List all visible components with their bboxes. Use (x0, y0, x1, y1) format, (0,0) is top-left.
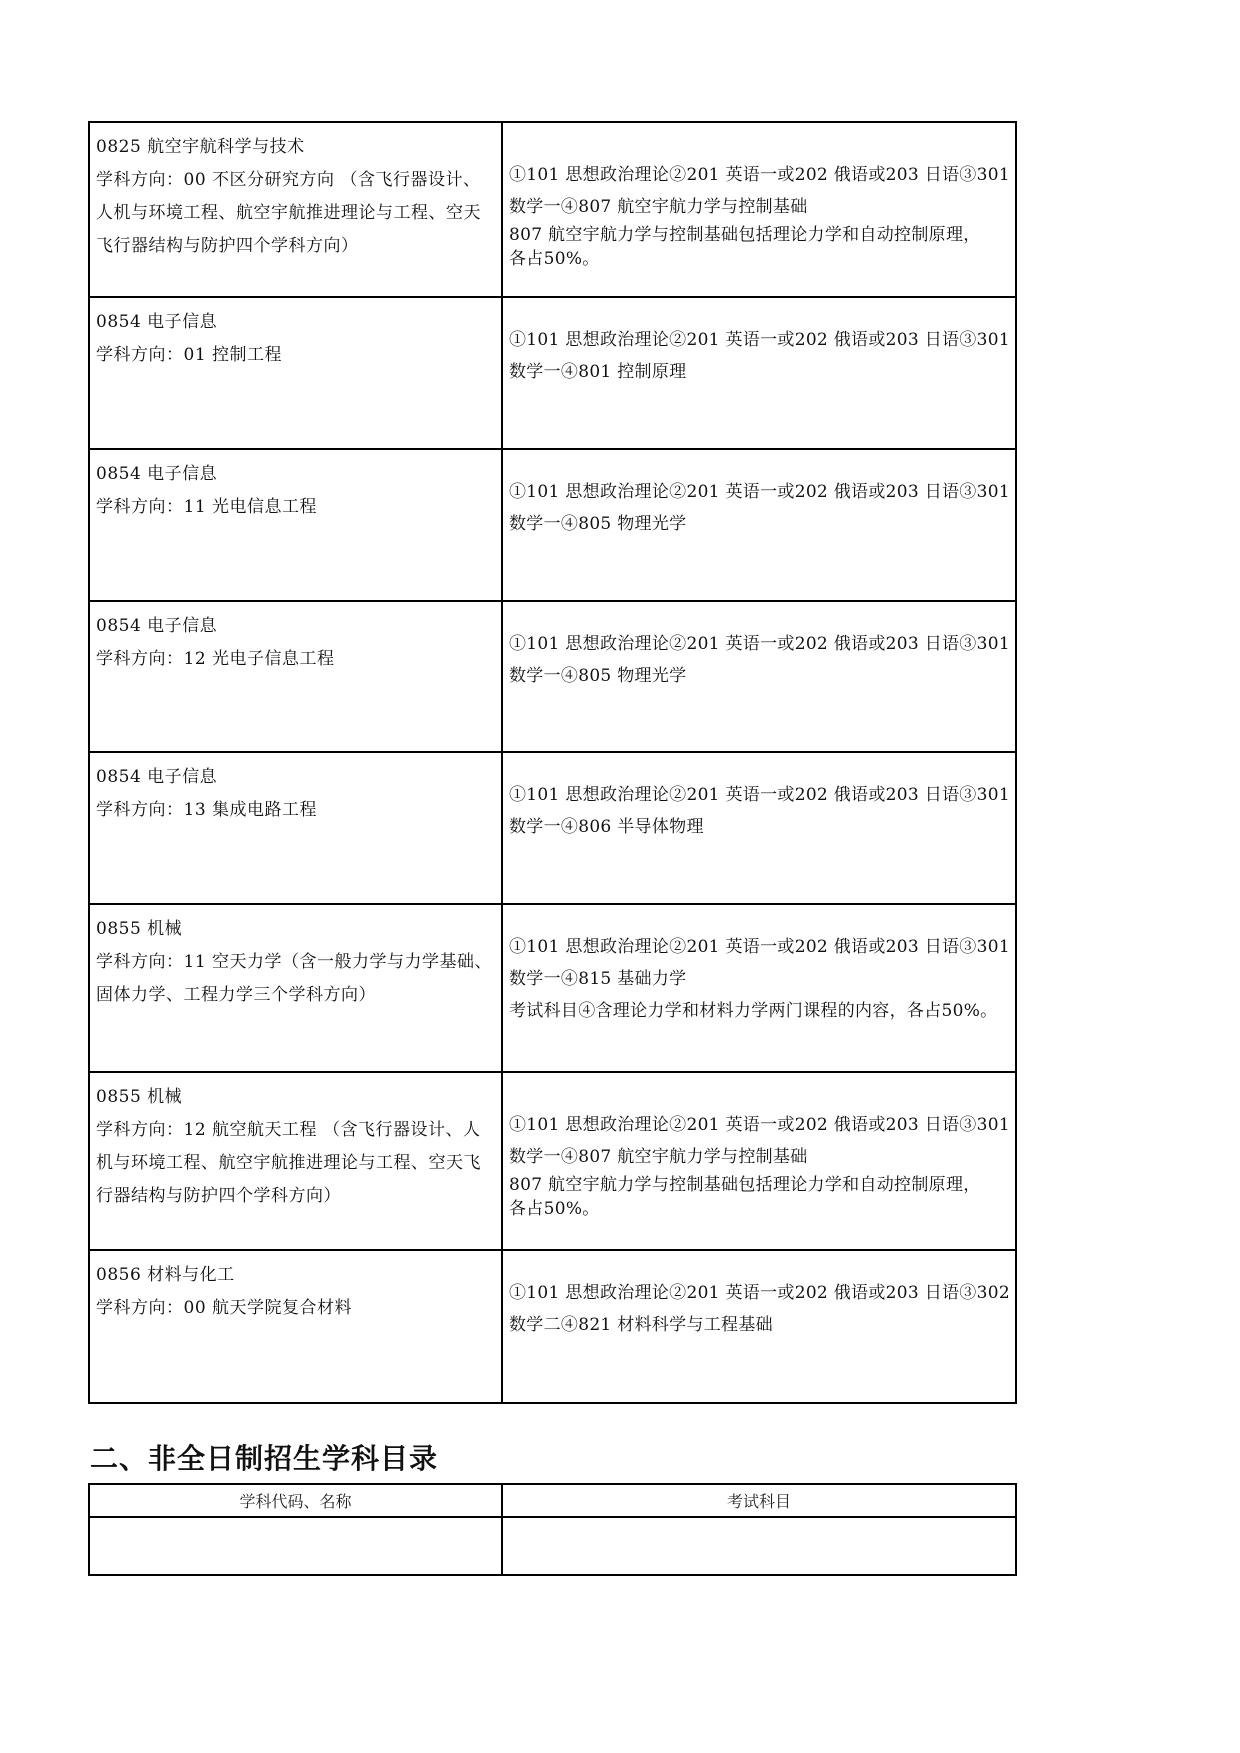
exam-subject-line: 数学一④807 航空宇航力学与控制基础 (509, 191, 1015, 223)
table-row: 0854 电子信息学科方向：13 集成电路工程①101 思想政治理论②201 英… (89, 752, 1016, 904)
subject-direction-line: 学科方向：13 集成电路工程 (96, 794, 501, 827)
table-row (89, 1517, 1016, 1575)
subject-code-name: 0854 电子信息 (96, 458, 501, 491)
subject-cell: 0855 机械学科方向：12 航空航天工程 （含飞行器设计、人机与环境工程、航空… (89, 1072, 502, 1250)
exam-subject-line: ①101 思想政治理论②201 英语一或202 俄语或203 日语③301 (509, 931, 1015, 963)
subject-cell: 0855 机械学科方向：11 空天力学（含一般力学与力学基础、固体力学、工程力学… (89, 904, 502, 1072)
table-header-row: 学科代码、名称 考试科目 (89, 1484, 1016, 1517)
exam-subject-line: ①101 思想政治理论②201 英语一或202 俄语或203 日语③301 (509, 1109, 1015, 1141)
subject-cell: 0854 电子信息学科方向：12 光电子信息工程 (89, 601, 502, 752)
exam-subjects-cell: ①101 思想政治理论②201 英语一或202 俄语或203 日语③301数学一… (502, 1072, 1016, 1250)
subject-cell: 0854 电子信息学科方向：11 光电信息工程 (89, 449, 502, 601)
subject-direction-line: 行器结构与防护四个学科方向） (96, 1180, 501, 1213)
subject-direction-line: 学科方向：01 控制工程 (96, 339, 501, 372)
exam-cell (502, 1517, 1016, 1575)
exam-subject-line: ①101 思想政治理论②201 英语一或202 俄语或203 日语③301 (509, 628, 1015, 660)
exam-note-line: 各占50%。 (509, 247, 1015, 271)
subject-cell (89, 1517, 502, 1575)
section-title-part-time: 二、非全日制招生学科目录 (90, 1437, 438, 1477)
subject-cell: 0856 材料与化工学科方向：00 航天学院复合材料 (89, 1250, 502, 1403)
exam-subjects-cell: ①101 思想政治理论②201 英语一或202 俄语或203 日语③301数学一… (502, 904, 1016, 1072)
exam-subject-line: 数学一④805 物理光学 (509, 508, 1015, 540)
subject-direction-line: 学科方向：12 光电子信息工程 (96, 643, 501, 676)
header-exam-subjects: 考试科目 (502, 1484, 1016, 1517)
exam-subjects-cell: ①101 思想政治理论②201 英语一或202 俄语或203 日语③301数学一… (502, 601, 1016, 752)
subject-code-name: 0854 电子信息 (96, 610, 501, 643)
exam-subject-line: 数学二④821 材料科学与工程基础 (509, 1309, 1015, 1341)
exam-subjects-cell: ①101 思想政治理论②201 英语一或202 俄语或203 日语③301数学一… (502, 297, 1016, 449)
table-row: 0855 机械学科方向：11 空天力学（含一般力学与力学基础、固体力学、工程力学… (89, 904, 1016, 1072)
table-row: 0856 材料与化工学科方向：00 航天学院复合材料①101 思想政治理论②20… (89, 1250, 1016, 1403)
exam-note-line: 各占50%。 (509, 1197, 1015, 1221)
subject-direction-line: 学科方向：12 航空航天工程 （含飞行器设计、人 (96, 1114, 501, 1147)
exam-subjects-cell: ①101 思想政治理论②201 英语一或202 俄语或203 日语③301数学一… (502, 449, 1016, 601)
full-time-catalog-table: 0825 航空宇航科学与技术学科方向：00 不区分研究方向 （含飞行器设计、人机… (88, 121, 1017, 1404)
subject-cell: 0854 电子信息学科方向：01 控制工程 (89, 297, 502, 449)
subject-code-name: 0825 航空宇航科学与技术 (96, 131, 501, 164)
table-row: 0854 电子信息学科方向：12 光电子信息工程①101 思想政治理论②201 … (89, 601, 1016, 752)
exam-subject-line: 数学一④806 半导体物理 (509, 811, 1015, 843)
exam-subject-line: ①101 思想政治理论②201 英语一或202 俄语或203 日语③301 (509, 779, 1015, 811)
subject-direction-line: 学科方向：11 光电信息工程 (96, 491, 501, 524)
exam-subject-line: 数学一④815 基础力学 (509, 963, 1015, 995)
exam-subjects-cell: ①101 思想政治理论②201 英语一或202 俄语或203 日语③301数学一… (502, 752, 1016, 904)
exam-subject-line: ①101 思想政治理论②201 英语一或202 俄语或203 日语③301 (509, 159, 1015, 191)
subject-direction-line: 飞行器结构与防护四个学科方向） (96, 230, 501, 263)
exam-subject-line: 数学一④807 航空宇航力学与控制基础 (509, 1141, 1015, 1173)
subject-cell: 0854 电子信息学科方向：13 集成电路工程 (89, 752, 502, 904)
exam-subject-line: ①101 思想政治理论②201 英语一或202 俄语或203 日语③301 (509, 476, 1015, 508)
full-time-catalog-body: 0825 航空宇航科学与技术学科方向：00 不区分研究方向 （含飞行器设计、人机… (89, 122, 1016, 1403)
exam-note-line: 807 航空宇航力学与控制基础包括理论力学和自动控制原理， (509, 1173, 1015, 1197)
subject-cell: 0825 航空宇航科学与技术学科方向：00 不区分研究方向 （含飞行器设计、人机… (89, 122, 502, 297)
subject-code-name: 0855 机械 (96, 1081, 501, 1114)
exam-subject-line: 数学一④801 控制原理 (509, 356, 1015, 388)
table-row: 0855 机械学科方向：12 航空航天工程 （含飞行器设计、人机与环境工程、航空… (89, 1072, 1016, 1250)
subject-code-name: 0856 材料与化工 (96, 1259, 501, 1292)
exam-subjects-cell: ①101 思想政治理论②201 英语一或202 俄语或203 日语③302数学二… (502, 1250, 1016, 1403)
exam-subject-line: ①101 思想政治理论②201 英语一或202 俄语或203 日语③301 (509, 324, 1015, 356)
exam-subjects-cell: ①101 思想政治理论②201 英语一或202 俄语或203 日语③301数学一… (502, 122, 1016, 297)
subject-direction-line: 机与环境工程、航空宇航推进理论与工程、空天飞 (96, 1147, 501, 1180)
subject-code-name: 0854 电子信息 (96, 306, 501, 339)
subject-direction-line: 人机与环境工程、航空宇航推进理论与工程、空天 (96, 197, 501, 230)
subject-code-name: 0854 电子信息 (96, 761, 501, 794)
subject-direction-line: 学科方向：00 不区分研究方向 （含飞行器设计、 (96, 164, 501, 197)
part-time-catalog-table: 学科代码、名称 考试科目 (88, 1483, 1017, 1576)
table-row: 0854 电子信息学科方向：11 光电信息工程①101 思想政治理论②201 英… (89, 449, 1016, 601)
exam-note-line: 807 航空宇航力学与控制基础包括理论力学和自动控制原理， (509, 223, 1015, 247)
subject-direction-line: 学科方向：11 空天力学（含一般力学与力学基础、 (96, 946, 501, 979)
exam-subject-line: ①101 思想政治理论②201 英语一或202 俄语或203 日语③302 (509, 1277, 1015, 1309)
table-row: 0854 电子信息学科方向：01 控制工程①101 思想政治理论②201 英语一… (89, 297, 1016, 449)
table-row: 0825 航空宇航科学与技术学科方向：00 不区分研究方向 （含飞行器设计、人机… (89, 122, 1016, 297)
subject-code-name: 0855 机械 (96, 913, 501, 946)
subject-direction-line: 固体力学、工程力学三个学科方向） (96, 979, 501, 1012)
exam-subject-line: 考试科目④含理论力学和材料力学两门课程的内容，各占50%。 (509, 995, 1015, 1027)
subject-direction-line: 学科方向：00 航天学院复合材料 (96, 1292, 501, 1325)
exam-subject-line: 数学一④805 物理光学 (509, 660, 1015, 692)
header-subject-code-name: 学科代码、名称 (89, 1484, 502, 1517)
